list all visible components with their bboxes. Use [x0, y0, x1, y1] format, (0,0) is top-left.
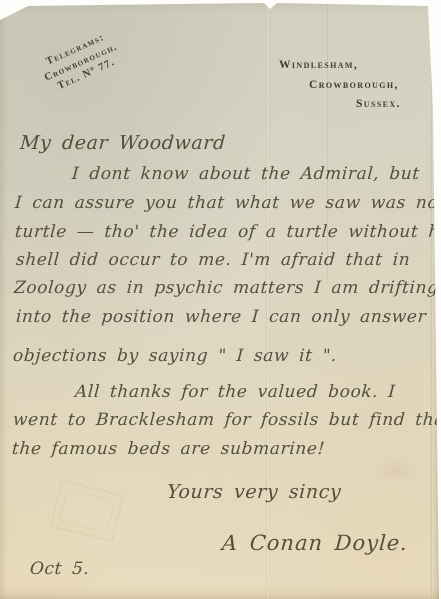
- letterhead-line-sussex: Sussex.: [279, 95, 401, 115]
- salutation: My dear Woodward: [19, 132, 226, 154]
- fold-crease-center: [266, 3, 268, 599]
- handwritten-line: objections by saying " I saw it ".: [12, 346, 337, 366]
- handwritten-line: went to Bracklesham for fossils but find…: [12, 410, 441, 430]
- letterhead-line-windlesham: Windlesham,: [279, 56, 401, 76]
- handwritten-line: shell did occur to me. I'm afraid that i…: [15, 250, 411, 270]
- embossed-seal: [50, 480, 124, 542]
- telegrams-stamp: Telegrams: Crowborough. Tel. Nº 77.: [26, 23, 136, 101]
- handwritten-line: All thanks for the valued book. I: [74, 382, 396, 402]
- letterhead-address: Windlesham, Crowborough, Sussex.: [279, 56, 401, 115]
- handwritten-line: I dont know about the Admiral, but: [71, 164, 420, 184]
- handwritten-line: into the position where I can only answe…: [15, 307, 427, 327]
- letter-page: Telegrams: Crowborough. Tel. Nº 77. Wind…: [0, 0, 441, 599]
- signoff: Yours very sincy: [166, 481, 342, 503]
- embossed-seal-inner: [59, 488, 116, 533]
- letter-date: Oct 5.: [29, 559, 90, 579]
- handwritten-line: the famous beds are submarine!: [11, 439, 325, 459]
- letterhead-line-crowborough: Crowborough,: [279, 76, 401, 96]
- handwritten-line: turtle — tho' the idea of a turtle witho…: [14, 222, 441, 242]
- letter-photo: Telegrams: Crowborough. Tel. Nº 77. Wind…: [0, 0, 441, 599]
- signature: A Conan Doyle.: [221, 531, 409, 555]
- page-edge-shadow: [431, 60, 433, 599]
- handwritten-line: Zoology as in psychic matters I am drift…: [13, 278, 439, 298]
- handwritten-line: I can assure you that what we saw was no…: [14, 193, 441, 213]
- ink-smudge: [372, 458, 420, 484]
